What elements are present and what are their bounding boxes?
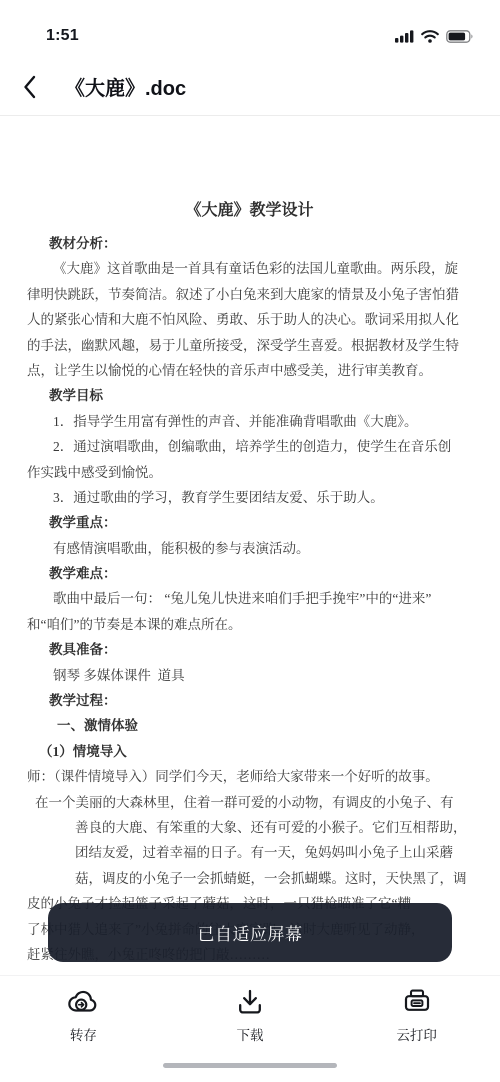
back-button[interactable] (16, 71, 42, 103)
doc-title: 《大鹿》教学设计 (27, 195, 472, 227)
home-indicator[interactable] (163, 1063, 337, 1068)
doc-line: 作实践中感受到愉悦。 (27, 460, 472, 485)
tool-label: 转存 (70, 1024, 97, 1044)
status-time: 1:51 (46, 27, 79, 45)
doc-line: 和“咱们”的节奏是本课的难点所在。 (27, 612, 472, 637)
toast-fit-screen: 已自适应屏幕 (48, 903, 452, 962)
battery-icon (446, 30, 474, 43)
doc-line: 善良的大鹿、有笨重的大象、还有可爱的小猴子。它们互相帮助， (27, 815, 472, 840)
doc-heading: 一、激情体验 (27, 713, 472, 738)
cellular-signal-icon (395, 30, 414, 43)
doc-line: 有感情演唱歌曲，能积极的参与表演活动。 (27, 536, 472, 561)
chevron-left-icon (23, 75, 36, 99)
doc-line: 3．通过歌曲的学习，教育学生要团结友爱、乐于助人。 (27, 485, 472, 510)
tool-label: 下载 (236, 1024, 263, 1044)
doc-line: 歌曲中最后一句： “兔儿兔儿快进来咱们手把手挽牢”中的“进来” (27, 586, 472, 611)
status-icons (395, 30, 474, 43)
page-title: 《大鹿》.doc (65, 72, 186, 101)
doc-line: 律明快跳跃，节奏简洁。叙述了小白兔来到大鹿家的情景及小兔子害怕猎 (27, 282, 472, 307)
doc-line: 2．通过演唱歌曲，创编歌曲，培养学生的创造力，使学生在音乐创 (27, 434, 472, 459)
doc-line: 点，让学生以愉悦的心情在轻快的音乐声中感受美，进行审美教育。 (27, 358, 472, 383)
printer-icon (402, 989, 432, 1016)
doc-heading: 教具准备： (27, 637, 472, 662)
status-bar: 1:51 (0, 0, 500, 58)
doc-line: 团结友爱，过着幸福的日子。有一天，兔妈妈叫小兔子上山采蘑 (27, 840, 472, 865)
doc-heading: 教学目标 (27, 383, 472, 408)
doc-line: 菇，调皮的小兔子一会抓蜻蜓，一会抓蝴蝶。这时，天快黑了，调 (27, 866, 472, 891)
doc-line: 的手法，幽默风趣，易于儿童所接受，深受学生喜爱。根据教材及学生特 (27, 333, 472, 358)
doc-line: 《大鹿》这首歌曲是一首具有童话色彩的法国儿童歌曲。两乐段，旋 (27, 256, 472, 281)
tool-label: 云打印 (396, 1024, 437, 1044)
doc-line: 师：（课件情境导入）同学们今天，老师给大家带来一个好听的故事。 (27, 764, 472, 789)
doc-heading: 教学过程： (27, 688, 472, 713)
doc-heading: （1）情境导入 (27, 739, 472, 764)
doc-heading: 教学难点： (27, 561, 472, 586)
doc-line: 钢琴 多媒体课件 道具 (27, 663, 472, 688)
doc-line: 人的紧张心情和大鹿不怕风险、勇敢、乐于助人的决心。歌词采用拟人化 (27, 307, 472, 332)
screen: 1:51 (0, 0, 500, 1082)
doc-line: 1．指导学生用富有弹性的声音、并能准确背唱歌曲《大鹿》。 (27, 409, 472, 434)
doc-heading: 教学重点： (27, 510, 472, 535)
cloud-print-button[interactable]: 云打印 (333, 976, 500, 1082)
cloud-arrow-right-icon (67, 989, 99, 1016)
download-tray-icon (236, 989, 264, 1016)
doc-line: 在一个美丽的大森林里，住着一群可爱的小动物，有调皮的小兔子、有 (27, 790, 472, 815)
save-to-cloud-button[interactable]: 转存 (0, 976, 167, 1082)
document-page[interactable]: 《大鹿》教学设计 教材分析： 《大鹿》这首歌曲是一首具有童话色彩的法国儿童歌曲。… (0, 117, 500, 976)
toast-text: 已自适应屏幕 (198, 920, 303, 945)
doc-heading: 教材分析： (27, 231, 472, 256)
nav-bar: 《大鹿》.doc (0, 58, 500, 116)
wifi-icon (421, 30, 439, 43)
